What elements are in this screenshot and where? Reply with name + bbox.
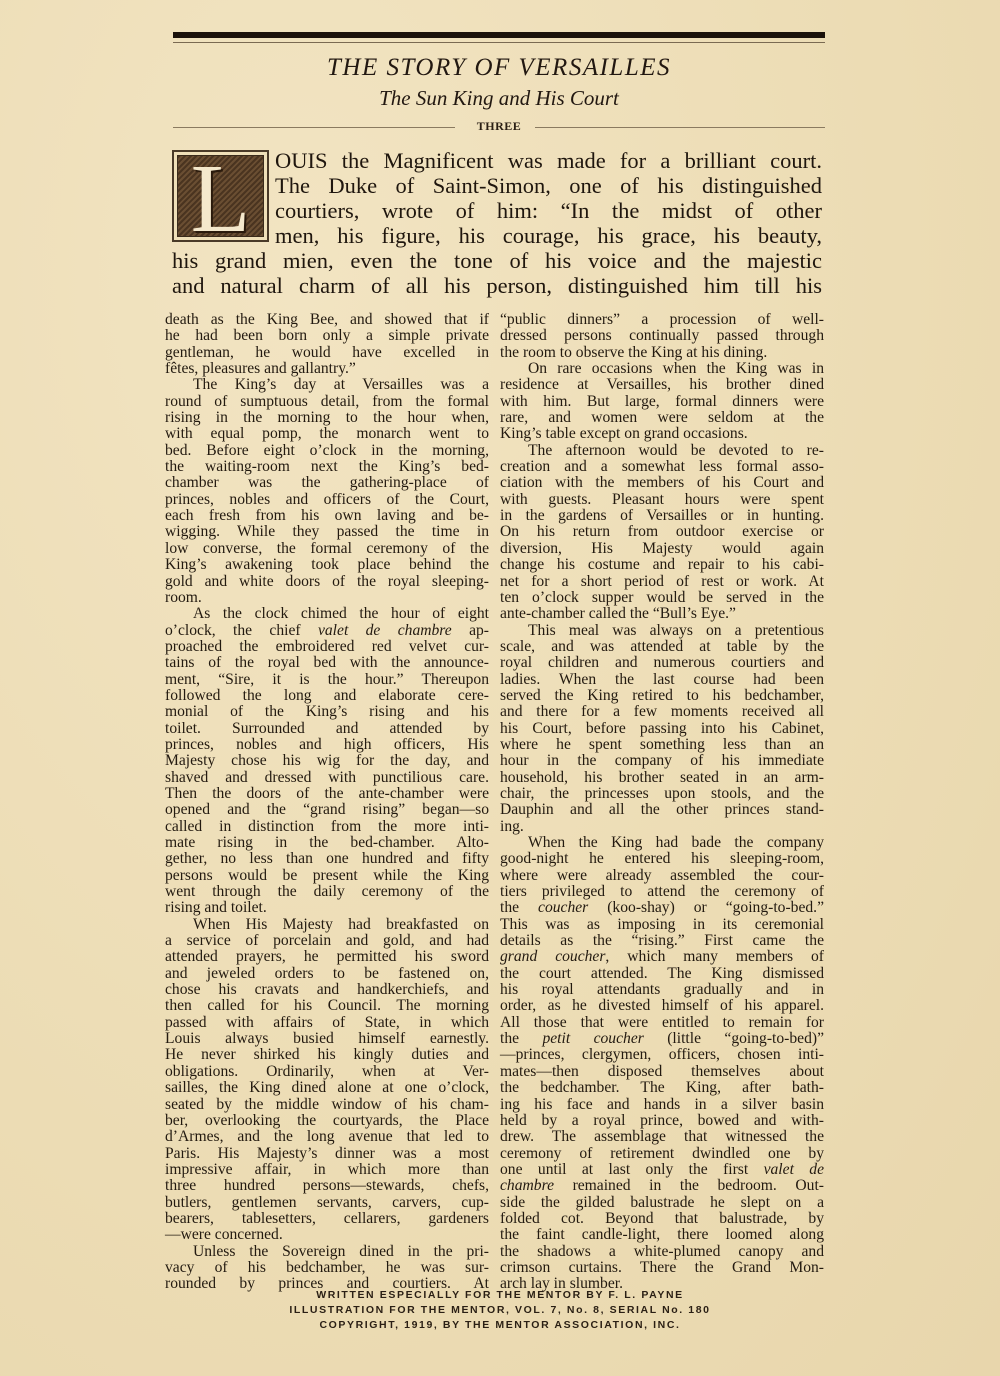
text-line: When His Majesty had breakfasted on: [165, 917, 489, 933]
text-line: ment, “Sire, it is the hour.” Thereupon: [165, 672, 489, 688]
body-column-right: “public dinners” a procession of well-dr…: [500, 312, 824, 1293]
text-line: gold and white doors of the royal sleepi…: [165, 574, 489, 590]
text-line: death as the King Bee, and showed that i…: [165, 312, 489, 328]
text-line: gentleman, he would have excelled in: [165, 345, 489, 361]
body-column-left: death as the King Bee, and showed that i…: [165, 312, 489, 1293]
text-line: chambre remained in the bedroom. Out-: [500, 1178, 824, 1194]
text-line: This meal was always on a pretentious: [500, 623, 824, 639]
text-line: one until at last only the first valet d…: [500, 1162, 824, 1178]
text-line: ten o’clock supper would be served in th…: [500, 590, 824, 606]
italic-term: valet de chambre: [318, 622, 452, 639]
text-line: residence at Versailles, his brother din…: [500, 377, 824, 393]
text-line: tiers privileged to attend the ceremony …: [500, 884, 824, 900]
text-line: royal children and numerous courtiers an…: [500, 655, 824, 671]
italic-term: grand coucher: [500, 948, 605, 965]
text-line: where he spent something less than an: [500, 737, 824, 753]
text-line: folded cot. Beyond that balustrade, by: [500, 1211, 824, 1227]
text-line: the faint candle-light, there loomed alo…: [500, 1227, 824, 1243]
text-line: his Court, before passing into his Cabin…: [500, 721, 824, 737]
text-line: fêtes, pleasures and gallantry.”: [165, 361, 489, 377]
dropcap-letter: L: [191, 150, 251, 248]
text-line: the waiting-room next the King’s bed-: [165, 459, 489, 475]
lead-line: The Duke of Saint-Simon, one of his dist…: [275, 173, 822, 197]
text-line: attended prayers, he permitted his sword: [165, 949, 489, 965]
text-line: When the King had bade the company: [500, 835, 824, 851]
text-line: crimson curtains. There the Grand Mon-: [500, 1260, 824, 1276]
text-line: —princes, clergymen, officers, chosen in…: [500, 1047, 824, 1063]
text-line: butlers, gentlemen servants, carvers, cu…: [165, 1195, 489, 1211]
text-line: Then the doors of the ante-chamber were: [165, 786, 489, 802]
text-line: each fresh from his own laving and be-: [165, 508, 489, 524]
text-line: opened and the “grand rising” began—so: [165, 802, 489, 818]
text-line: he had been born only a simple private: [165, 328, 489, 344]
text-line: dressed persons continually passed throu…: [500, 328, 824, 344]
text-line: seated by the middle window of his cham-: [165, 1097, 489, 1113]
text-line: rising and toilet.: [165, 900, 489, 916]
text-line: rising in the morning to the hour when,: [165, 410, 489, 426]
text-line: Dauphin and all the other princes stand-: [500, 802, 824, 818]
text-line: mates—then disposed themselves about: [500, 1064, 824, 1080]
text-line: low converse, the formal ceremony of the: [165, 541, 489, 557]
text-line: the petit coucher (little “going-to-bed)…: [500, 1031, 824, 1047]
text-line: —were concerned.: [165, 1227, 489, 1243]
text-line: grand coucher, which many members of: [500, 949, 824, 965]
text-line: Unless the Sovereign dined in the pri-: [165, 1244, 489, 1260]
text-line: tains of the royal bed with the announce…: [165, 655, 489, 671]
section-divider: THREE: [173, 119, 825, 135]
text-line: net for a short period of rest or work. …: [500, 574, 824, 590]
text-line: round of sumptuous detail, from the form…: [165, 394, 489, 410]
text-line: diversion, His Majesty would again: [500, 541, 824, 557]
text-line: details as the “rising.” First came the: [500, 933, 824, 949]
text-line: bed. Before eight o’clock in the morning…: [165, 443, 489, 459]
italic-term: chambre: [500, 1177, 554, 1194]
text-line: scale, and was attended at table by the: [500, 639, 824, 655]
text-line: ing his face and hands in a silver basin: [500, 1097, 824, 1113]
text-line: The King’s day at Versailles was a: [165, 377, 489, 393]
text-line: All those that were entitled to remain f…: [500, 1015, 824, 1031]
text-line: Paris. His Majesty’s dinner was a most: [165, 1146, 489, 1162]
text-line: toilet. Surrounded and attended by: [165, 721, 489, 737]
text-line: called in distinction from the more inti…: [165, 819, 489, 835]
text-line: went through the daily ceremony of the: [165, 884, 489, 900]
text-line: a service of porcelain and gold, and had: [165, 933, 489, 949]
text-line: his royal attendants gradually and in: [500, 982, 824, 998]
text-line: persons would be present while the King: [165, 868, 489, 884]
credit-author: WRITTEN ESPECIALLY FOR THE MENTOR BY F. …: [200, 1288, 800, 1303]
text-line: princes, nobles and high officers, His: [165, 737, 489, 753]
lead-line: OUIS the Magnificent was made for a bril…: [275, 148, 822, 172]
text-line: the coucher (koo-shay) or “going-to-bed.…: [500, 900, 824, 916]
text-line: obligations. Ordinarily, when at Ver-: [165, 1064, 489, 1080]
text-line: ing.: [500, 819, 824, 835]
text-line: creation and a somewhat less formal asso…: [500, 459, 824, 475]
text-line: d’Armes, and the long avenue that led to: [165, 1129, 489, 1145]
text-line: mate rising in the bed-chamber. Alto-: [165, 835, 489, 851]
credits-footer: WRITTEN ESPECIALLY FOR THE MENTOR BY F. …: [200, 1288, 800, 1333]
text-line: monial of the King’s rising and his: [165, 704, 489, 720]
text-line: ciation with the members of his Court an…: [500, 475, 824, 491]
page-title: THE STORY OF VERSAILLES: [173, 54, 825, 82]
text-line: with guests. Pleasant hours were spent: [500, 492, 824, 508]
text-line: Louis always busied himself earnestly.: [165, 1031, 489, 1047]
text-line: “public dinners” a procession of well-: [500, 312, 824, 328]
dropcap-hatched-panel: L: [177, 155, 264, 237]
text-line: ladies. When the last course had been: [500, 672, 824, 688]
text-line: princes, nobles and officers of the Cour…: [165, 492, 489, 508]
text-line: wigging. While they passed the time in: [165, 524, 489, 540]
text-line: side the gilded balustrade he slept on a: [500, 1195, 824, 1211]
text-line: He never shirked his kingly duties and: [165, 1047, 489, 1063]
text-line: served the King retired to his bedchambe…: [500, 688, 824, 704]
text-line: This was as imposing in its ceremonial: [500, 917, 824, 933]
text-line: followed the long and elaborate cere-: [165, 688, 489, 704]
text-line: gether, no less than one hundred and fif…: [165, 851, 489, 867]
text-line: hour in the company of his immediate: [500, 753, 824, 769]
text-line: chair, the princesses upon stools, and t…: [500, 786, 824, 802]
page-subtitle: The Sun King and His Court: [173, 86, 825, 111]
credit-illustration: ILLUSTRATION FOR THE MENTOR, VOL. 7, No.…: [200, 1303, 800, 1318]
dropcap-ornament-icon: L: [172, 150, 269, 242]
text-line: The afternoon would be devoted to re-: [500, 443, 824, 459]
text-line: change his costume and repair to his cab…: [500, 557, 824, 573]
text-line: impressive affair, in which more than: [165, 1162, 489, 1178]
text-line: As the clock chimed the hour of eight: [165, 606, 489, 622]
text-line: with equal pomp, the monarch went to: [165, 426, 489, 442]
text-line: sailles, the King dined alone at one o’c…: [165, 1080, 489, 1096]
text-line: o’clock, the chief valet de chambre ap-: [165, 623, 489, 639]
text-line: held by a royal prince, bowed and with-: [500, 1113, 824, 1129]
text-line: three hundred persons—stewards, chefs,: [165, 1178, 489, 1194]
text-line: ceremony of retirement dwindled one by: [500, 1146, 824, 1162]
text-line: shaved and dressed with punctilious care…: [165, 770, 489, 786]
credit-copyright: COPYRIGHT, 1919, BY THE MENTOR ASSOCIATI…: [200, 1318, 800, 1333]
text-line: in the gardens of Versailles or in hunti…: [500, 508, 824, 524]
italic-term: valet de: [764, 1161, 824, 1178]
text-line: rare, and women were seldom at the: [500, 410, 824, 426]
italic-term: coucher: [538, 899, 588, 916]
text-line: the court attended. The King dismissed: [500, 966, 824, 982]
lead-line: men, his figure, his courage, his grace,…: [275, 223, 822, 247]
text-line: and jeweled orders to be fastened on,: [165, 966, 489, 982]
top-thick-rule: [173, 32, 825, 38]
text-line: the room to observe the King at his dini…: [500, 345, 824, 361]
italic-term: petit coucher: [542, 1030, 643, 1047]
text-line: On rare occasions when the King was in: [500, 361, 824, 377]
text-line: household, his brother seated in an arm-: [500, 770, 824, 786]
text-line: passed with affairs of State, in which: [165, 1015, 489, 1031]
text-line: Majesty chose his wig for the day, and: [165, 753, 489, 769]
text-line: then called for his Council. The morning: [165, 998, 489, 1014]
text-line: with him. But large, formal dinners were: [500, 394, 824, 410]
lead-line: courtiers, wrote of him: “In the midst o…: [275, 198, 822, 222]
text-line: bearers, tablesetters, cellarers, garden…: [165, 1211, 489, 1227]
text-line: drew. The assemblage that witnessed the: [500, 1129, 824, 1145]
text-line: good-night he entered his sleeping-room,: [500, 851, 824, 867]
text-line: ante-chamber called the “Bull’s Eye.”: [500, 606, 824, 622]
text-line: order, as he divested himself of his app…: [500, 998, 824, 1014]
text-line: King’s table except on grand occasions.: [500, 426, 824, 442]
text-line: and there for a few moments received all: [500, 704, 824, 720]
text-line: ber, overlooking the courtyards, the Pla…: [165, 1113, 489, 1129]
text-line: the bedchamber. The King, after bath-: [500, 1080, 824, 1096]
text-line: On his return from outdoor exercise or: [500, 524, 824, 540]
text-line: the shadows a white-plumed canopy and: [500, 1244, 824, 1260]
divider-line-right: [535, 127, 825, 128]
text-line: King’s awakening took place behind the: [165, 557, 489, 573]
text-line: vacy of his bedchamber, he was sur-: [165, 1260, 489, 1276]
text-line: chamber was the gathering-place of: [165, 475, 489, 491]
top-thin-rule: [173, 42, 825, 43]
text-line: chose his cravats and handkerchiefs, and: [165, 982, 489, 998]
lead-line: his grand mien, even the tone of his voi…: [172, 248, 822, 272]
text-line: proached the embroidered red velvet cur-: [165, 639, 489, 655]
text-line: room.: [165, 590, 489, 606]
lead-line: and natural charm of all his person, dis…: [172, 273, 822, 297]
text-line: where were already assembled the cour-: [500, 868, 824, 884]
